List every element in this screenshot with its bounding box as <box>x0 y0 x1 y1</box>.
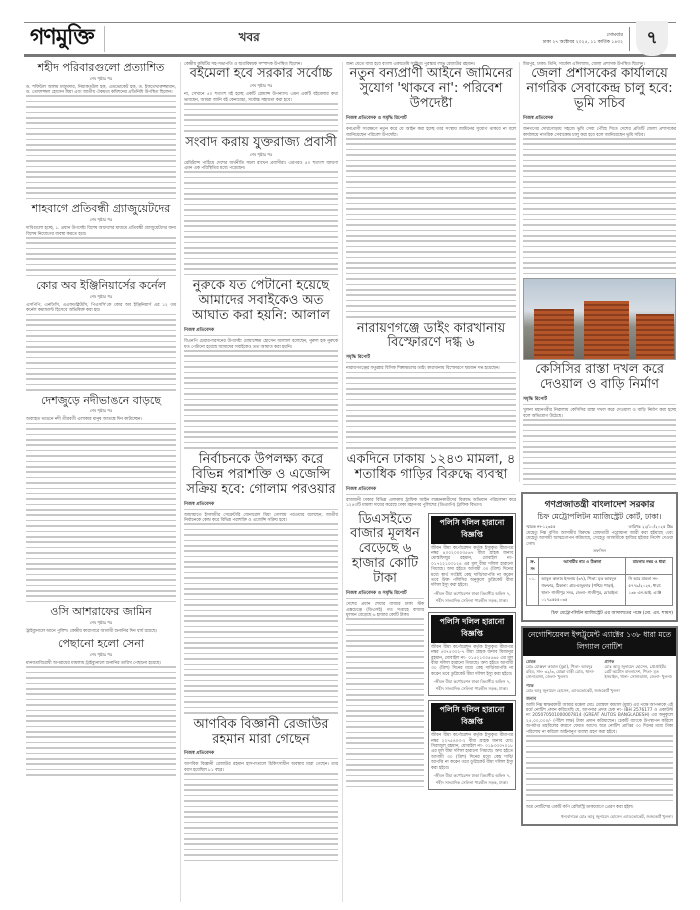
column-1: শহীদ পরিবারগুলো প্রত্যাশিত শেষ পৃষ্ঠার প… <box>26 62 176 780</box>
ad-title: পলিসি দলিল হারানো বিজ্ঞপ্তি <box>431 615 513 643</box>
byline: নিজস্ব প্রতিবেদক <box>184 327 338 336</box>
article-text: বন্যপ্রাণী সংরক্ষণে নতুন করে যে আইন করা … <box>346 127 516 138</box>
headline[interactable]: বইমেলা হবে সরকার সর্বোচ্চ <box>184 67 338 82</box>
ad-signature: -জীবন বীমা কর্পোরেশন ঢাকা বিভাগীয় অফিস … <box>431 773 513 787</box>
ref-date: তারিখঃ ২২/১০/২০২৫ খ্রিঃ <box>628 524 673 531</box>
lost-policy-ad[interactable]: পলিসি দলিল হারানো বিজ্ঞপ্তি জীবন বীমা কর… <box>428 700 516 790</box>
article-shahbag-graduates[interactable]: শাহবাগে প্রতিবন্ধী গ্র্যাজুয়েটদের শেষ প… <box>26 203 176 276</box>
headline[interactable]: ওসি আশরাফের জামিন <box>26 606 176 619</box>
article-kcc-road-encroachment[interactable]: কেসিসির রাস্তা দখল করে দেওয়াল ও বাড়ি ন… <box>523 363 676 485</box>
ad-text: জীবন বীমা কর্পোরেশন কর্তৃক ইস্যুকৃত বীমা… <box>431 546 513 589</box>
headline[interactable]: নির্বাচনকে উপলক্ষ্য করে বিভিন্ন পরাশক্তি… <box>184 453 338 498</box>
headline[interactable]: একদিনে ঢাকায় ১২৪৩ মামলা, ৪ শতাধিক গাড়ি… <box>346 453 516 483</box>
notice-closing: অত্র নোটিশের একটি কপি রেজিস্ট্রি ডাকযোগে… <box>526 805 673 810</box>
continued-label: শেষ পৃষ্ঠার পর <box>184 83 338 90</box>
ad-title: পলিসি দলিল হারানো বিজ্ঞপ্তি <box>431 703 513 731</box>
headline[interactable]: কোর অব ইঞ্জিনিয়ার্সের কর্নেল <box>26 280 176 293</box>
article-dhaka-traffic-cases[interactable]: একদিনে ঢাকায় ১২৪৩ মামলা, ৪ শতাধিক গাড়ি… <box>346 453 516 509</box>
headline[interactable]: সংবাদ করায় যুক্তরাজ্য প্রবাসী <box>184 136 338 151</box>
article-text: এসপিপি, এনডিসি, এএফডব্লিউসি, পিএসসি'কে ক… <box>26 303 176 314</box>
col-header: ক্র. নং <box>527 558 539 575</box>
lost-policy-ad[interactable]: পলিসি দলিল হারানো বিজ্ঞপ্তি জীবন বীমা কর… <box>428 612 516 696</box>
byline: নিজস্ব প্রতিবেদক <box>346 486 516 495</box>
lost-policy-ad[interactable]: পলিসি দলিল হারানো বিজ্ঞপ্তি জীবন বীমা কর… <box>428 513 516 608</box>
article-uk-expat[interactable]: সংবাদ করায় যুক্তরাজ্য প্রবাসী শেষ পৃষ্ঠ… <box>184 136 338 276</box>
byline: নিজস্ব প্রতিবেদক <box>523 115 676 124</box>
ad-text: জীবন বীমা কর্পোরেশন কর্তৃক ইস্যুকৃত বীমা… <box>431 733 513 771</box>
ad-title: পলিসি দলিল হারানো বিজ্ঞপ্তি <box>431 516 513 544</box>
text-lines <box>26 423 176 602</box>
text-lines <box>523 138 676 274</box>
column-4: মিরপুর, ঢাকা। তিনি, সার্কেল এসিল্যান্ড, … <box>523 62 676 489</box>
headline[interactable]: আণবিক বিজ্ঞানী রেজাউর রহমান মারা গেছেন <box>184 718 338 748</box>
article-oc-ashraf-bail[interactable]: ওসি আশরাফের জামিন শেষ পৃষ্ঠার পর ট্রাইব্… <box>26 606 176 634</box>
text-lines <box>346 372 516 449</box>
legal-notice[interactable]: নেগোশিয়েবল ইন্সট্রুমেন্ট এ্যাক্টের ১৩৮ … <box>521 626 678 825</box>
article-scientist-rezaur[interactable]: আণবিক বিজ্ঞানী রেজাউর রহমান মারা গেছেন ন… <box>184 718 338 862</box>
byline: নিজস্ব প্রতিবেদক ও সমৃদ্ধি রিপোর্ট <box>346 590 424 599</box>
continued-label: শেষ পৃষ্ঠার পর <box>26 652 176 659</box>
col-header: আসামীর নাম ও ঠিকানা <box>539 558 626 575</box>
article-text: রাজধানী ঢাকার বিভিন্ন এলাকায় ট্রাফিক আই… <box>346 498 516 509</box>
sender: মোঃ মোস্তফা কামাল (মুন্না), পিতা- আবদুর … <box>526 664 594 679</box>
text-lines <box>346 618 424 787</box>
divider <box>629 27 630 51</box>
byline: সমৃদ্ধি রিপোর্ট <box>346 354 516 363</box>
text-lines <box>184 523 338 713</box>
article-wildlife-law[interactable]: নতুন বন্যপ্রাণী আইনে জামিনের সুযোগ 'থাকব… <box>346 67 516 317</box>
government-court-notice[interactable]: গণপ্রজাতন্ত্রী বাংলাদেশ সরকার চিফ মেট্রো… <box>521 492 678 622</box>
section-name: খবর <box>239 29 260 49</box>
article-dse-market-cap[interactable]: ডিএসইতে বাজার মূলধন বেড়েছে ৬ হাজার কোটি… <box>346 513 424 791</box>
text-lines <box>184 773 338 861</box>
notices: গণপ্রজাতন্ত্রী বাংলাদেশ সরকার চিফ মেট্রো… <box>521 492 678 826</box>
continued-label: শেষ পৃষ্ঠার পর <box>26 408 176 415</box>
notice-text: আমি নিম্ন স্বাক্ষরকারী আমার মক্কেল মোঃ ম… <box>526 703 673 735</box>
article-river-erosion[interactable]: দেশজুড়ে নদীভাঙনে বাড়ছে শেষ পৃষ্ঠার পর … <box>26 395 176 603</box>
receiver: মোঃ আবু জুনায়েদ হোসেন, প্রোপ্রাইটর গ্রে… <box>605 664 673 679</box>
parties: প্রেরকমোঃ মোস্তফা কামাল (মুন্না), পিতা- … <box>526 659 673 679</box>
cell: সি আর মামলা নং- ৫৭৭৯/২০২৪, ধারা: ১৩৮ এন.… <box>626 575 673 606</box>
notice-subtitle: চিফ মেট্রোপলিটন ম্যাজিস্ট্রেট কোর্ট, ঢাক… <box>526 512 673 524</box>
article-nuru-alal[interactable]: নুরুকে যত পেটানো হয়েছে আমাদের সবাইকেও অ… <box>184 279 338 448</box>
text-lines <box>184 171 338 275</box>
ad-signature: -জীবন বীমা কর্পোরেশন ঢাকা বিভাগীয় অফিস … <box>431 591 513 605</box>
ref-number: স্মারক নং-১২৩৫৫ <box>526 524 556 531</box>
article-land-secretary[interactable]: জেলা প্রশাসকের কার্যালয়ে নাগরিক সেবাকেন… <box>523 67 676 274</box>
news-photo[interactable] <box>523 278 676 360</box>
article-text: জনগণের দোরগোড়ায় সহজে ভূমি সেবা পৌঁছে দ… <box>523 127 676 138</box>
article-book-fair[interactable]: বইমেলা হবে সরকার সর্বোচ্চ শেষ পৃষ্ঠার পর… <box>184 67 338 131</box>
text-lines <box>26 95 176 199</box>
article-narayanganj-blast[interactable]: নারায়ণগঞ্জে ডাইং কারখানায় বিস্ফোরণে দগ… <box>346 322 516 449</box>
notice-signature: ধন্যবাদান্তে মোঃ আবু জুনায়েদ হোসেন এ্যা… <box>526 814 673 821</box>
headline[interactable]: নারায়ণগঞ্জে ডাইং কারখানায় বিস্ফোরণে দগ… <box>346 322 516 352</box>
text-lines <box>523 419 676 485</box>
text-lines <box>26 314 176 391</box>
article-text: খুলনা মহানগরীর নিরালায় কেসিসির রাস্তা দ… <box>523 408 676 419</box>
cell: ০১. <box>527 575 539 606</box>
text-lines <box>26 237 176 276</box>
continued-label: শেষ পৃষ্ঠার পর <box>26 76 176 83</box>
article-text: জামায়াতে ইসলামীর সেক্রেটারি জেনারেল মিয… <box>184 513 338 524</box>
text-lines <box>346 138 516 317</box>
column-divider <box>342 62 343 902</box>
classified-ads: পলিসি দলিল হারানো বিজ্ঞপ্তি জীবন বীমা কর… <box>428 513 516 795</box>
headline[interactable]: শহীদ পরিবারগুলো প্রত্যাশিত <box>26 62 176 75</box>
article-engineers-colonel[interactable]: কোর অব ইঞ্জিনিয়ার্সের কর্নেল শেষ পৃষ্ঠা… <box>26 280 176 391</box>
issue-date: ঢাকা ২৭ অক্টোবর ২০২৫, ১১ কার্তিক ১৪৩২ <box>543 39 623 46</box>
headline[interactable]: কেসিসির রাস্তা দখল করে দেওয়াল ও বাড়ি ন… <box>523 363 676 393</box>
date-block: সোমবার ঢাকা ২৭ অক্টোবর ২০২৫, ১১ কার্তিক … <box>543 32 629 46</box>
article-text: না, সেখানে ৫০ শতাংশ বই হচ্ছে একটি রোমান্… <box>184 92 338 103</box>
newspaper-logo[interactable]: গণমুক্তি <box>24 20 104 57</box>
text-lines <box>184 350 338 449</box>
article-text: দাবিগুলো হচ্ছে, ১. প্রধান উপদেষ্টা বিশেষ… <box>26 226 176 237</box>
headline[interactable]: ডিএসইতে বাজার মূলধন বেড়েছে ৬ হাজার কোটি… <box>346 513 424 588</box>
divider <box>104 26 105 52</box>
article-text: বিএনপি চেয়ারপারসনের উপদেষ্টা মোয়াজ্জেম… <box>184 339 338 350</box>
notice-signature: চিফ মেট্রোপলিটন ম্যাজিস্ট্রেট এর আদালতের… <box>526 610 673 617</box>
ad-signature: -জীবন বীমা কর্পোরেশন ঢাকা বিভাগীয় অফিস … <box>431 679 513 693</box>
byline: নিজস্ব প্রতিবেদক ও সমৃদ্ধি রিপোর্ট <box>346 115 516 124</box>
annex-label: তফসিল <box>526 548 673 555</box>
byline: নিজস্ব প্রতিবেদক <box>184 501 338 510</box>
article-text: আণবিক বিজ্ঞানী রেজাউর রহমান হাসপাতালে চি… <box>184 762 338 773</box>
byline: নিজস্ব প্রতিবেদক <box>184 750 338 759</box>
notice-title: গণপ্রজাতন্ত্রী বাংলাদেশ সরকার <box>526 497 673 512</box>
text-lines <box>26 666 176 775</box>
headline[interactable]: নুরুকে যত পেটানো হয়েছে আমাদের সবাইকেও অ… <box>184 279 338 324</box>
continued-label: শেষ পৃষ্ঠার পর <box>184 152 338 159</box>
text-lines <box>526 735 673 801</box>
cell: আবুল কালাম ইসলাম (৩৭), পিতা: মৃত আবদুল গ… <box>539 575 626 606</box>
via-advocate: মোঃ আবু জুনায়েদ হোসেন, এ্যাডভোকেট, জজকো… <box>526 688 620 693</box>
column-divider <box>180 62 181 902</box>
notice-text: যেহেতু নিম্ন বর্ণিত আসামীর বিরুদ্ধে গ্রে… <box>526 531 673 547</box>
page-number: ৭ <box>636 21 668 56</box>
article-text: ট্রাইব্যুনালে আনে পুলিশ। কেন্দ্রীয় কারা… <box>26 629 176 634</box>
headline[interactable]: দেশজুড়ে নদীভাঙনে বাড়ছে <box>26 395 176 408</box>
masthead: গণমুক্তি খবর সোমবার ঢাকা ২৭ অক্টোবর ২০২৫… <box>24 22 676 57</box>
article-text: ড. শফিউল আলম মজুমদার, নিয়াকতউল হক, এডভো… <box>26 85 176 96</box>
article-text: দেশের প্রধান শেয়ার বাজার ঢাকা স্টক এক্স… <box>346 602 424 618</box>
headline[interactable]: শাহবাগে প্রতিবন্ধী গ্র্যাজুয়েটদের <box>26 203 176 216</box>
col-header: মামলার নম্বর ও ধারা <box>626 558 673 575</box>
continued-label: শেষ পৃষ্ঠার পর <box>26 294 176 301</box>
byline: সমৃদ্ধি রিপোর্ট <box>523 396 676 405</box>
continued-label: শেষ পৃষ্ঠার পর <box>26 217 176 224</box>
text-lines <box>184 103 338 132</box>
ad-text: জীবন বীমা কর্পোরেশন কর্তৃক ইস্যুকৃত বীমা… <box>431 645 513 677</box>
continued-label: শেষ পৃষ্ঠার পর <box>26 620 176 627</box>
headline[interactable]: পেছানো হলো সেনা <box>26 638 176 651</box>
column-3: জন্য যেতে বাধ্য হবে বাংলা একাডেমি সাহিত্… <box>346 62 516 795</box>
column-2: কেন্দ্রীয় কমিটির সহ-সভাপতি ও ছাত্রবিষয়… <box>184 62 338 865</box>
article-army-postponed[interactable]: পেছানো হলো সেনা শেষ পৃষ্ঠার পর মানবতাবির… <box>26 638 176 775</box>
notice-ref: স্মারক নং-১২৩৫৫ তারিখঃ ২২/১০/২০২৫ খ্রিঃ <box>526 524 673 531</box>
article-golam-porwar[interactable]: নির্বাচনকে উপলক্ষ্য করে বিভিন্ন পরাশক্তি… <box>184 453 338 714</box>
column-divider <box>519 62 520 482</box>
headline[interactable]: নতুন বন্যপ্রাণী আইনে জামিনের সুযোগ 'থাকব… <box>346 67 516 112</box>
weekday: সোমবার <box>543 32 623 39</box>
headline[interactable]: জেলা প্রশাসকের কার্যালয়ে নাগরিক সেবাকেন… <box>523 67 676 112</box>
accused-table: ক্র. নং আসামীর নাম ও ঠিকানা মামলার নম্বর… <box>526 557 673 606</box>
via: পক্ষেমোঃ আবু জুনায়েদ হোসেন, এ্যাডভোকেট,… <box>526 683 673 693</box>
notice-title: নেগোশিয়েবল ইন্সট্রুমেন্ট এ্যাক্টের ১৩৮ … <box>523 628 676 656</box>
article-text: রেমিট্যান্স পাঠিয়ে দেশের অর্থনীতি সচল র… <box>184 161 338 172</box>
table-row: ০১. আবুল কালাম ইসলাম (৩৭), পিতা: মৃত আবদ… <box>527 575 673 606</box>
article-shahid-families[interactable]: শহীদ পরিবারগুলো প্রত্যাশিত শেষ পৃষ্ঠার প… <box>26 62 176 199</box>
